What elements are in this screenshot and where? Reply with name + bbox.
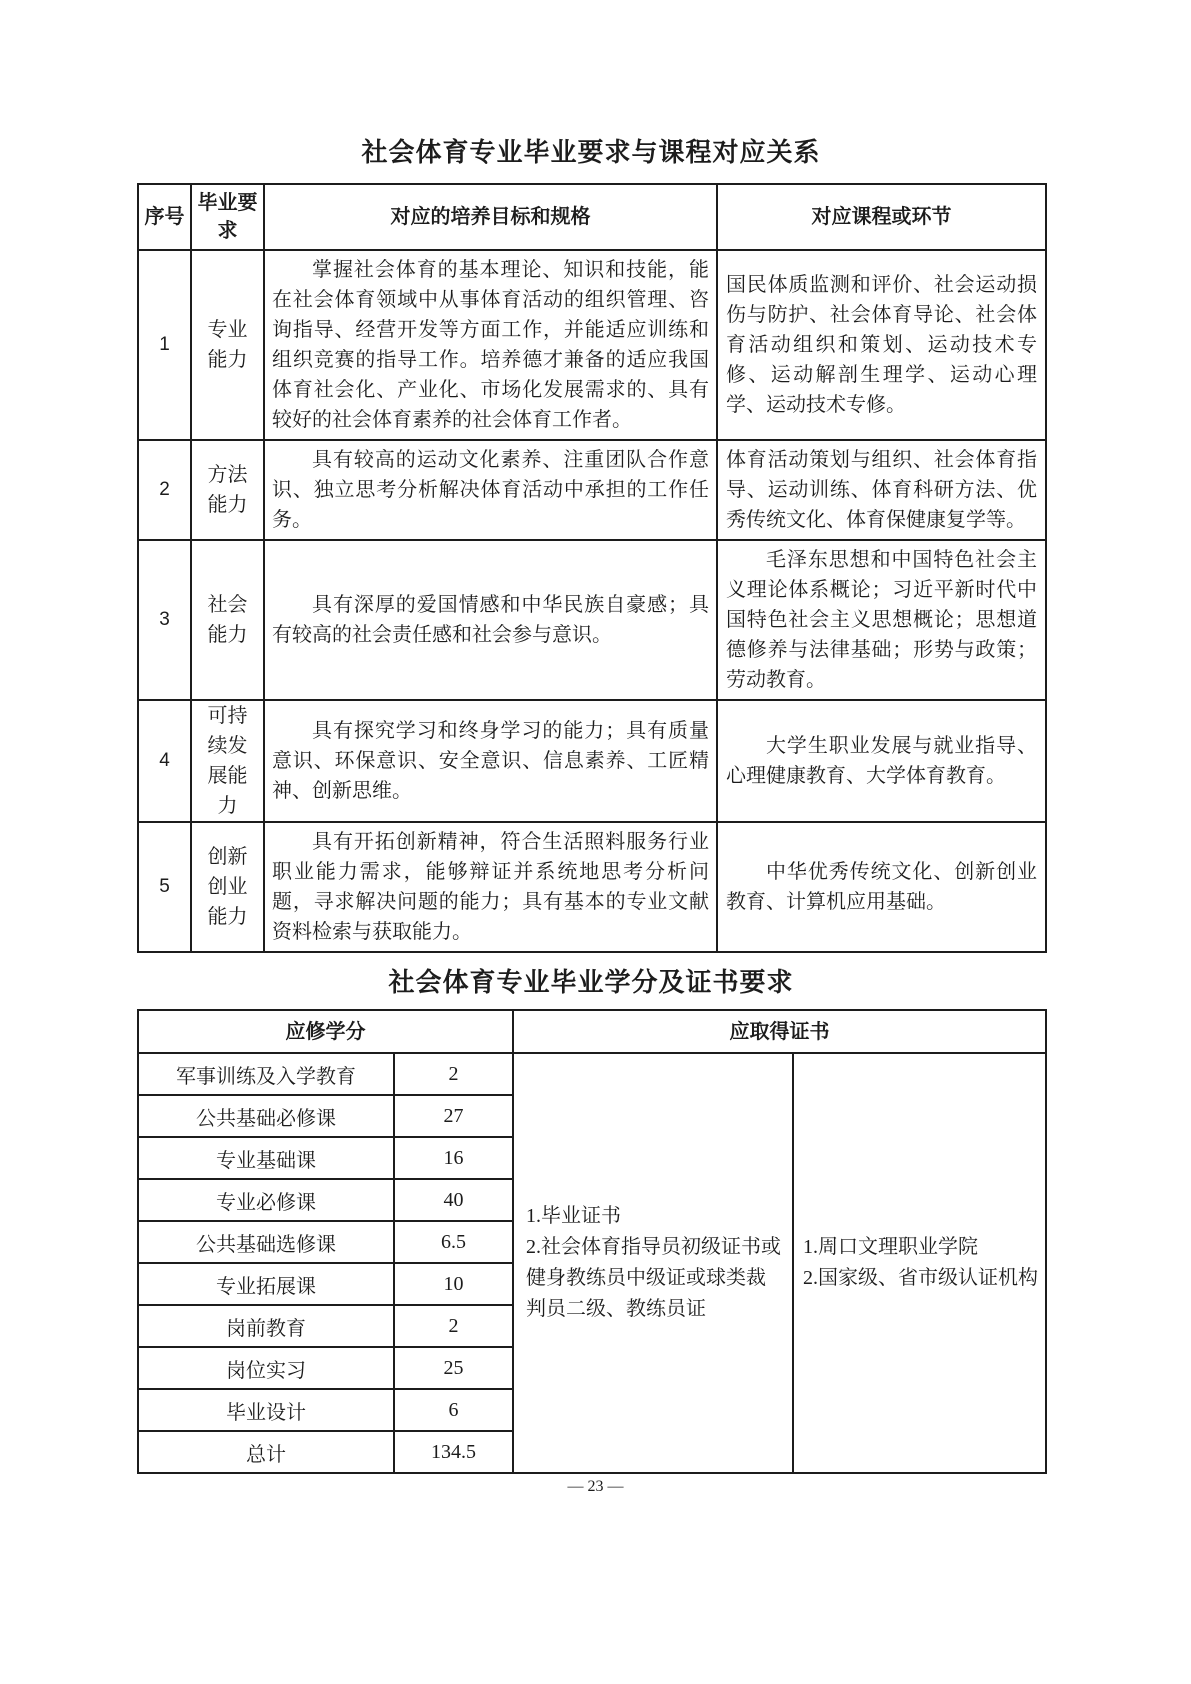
credits-cell: 25 — [394, 1347, 513, 1389]
credits-cell: 27 — [394, 1095, 513, 1137]
row-number-cell: 3 — [138, 540, 191, 700]
row-number-cell: 2 — [138, 440, 191, 540]
table2-title: 社会体育专业毕业学分及证书要求 — [137, 966, 1045, 1000]
header-certificates: 应取得证书 — [513, 1010, 1046, 1053]
table-row: 1 专业能力 掌握社会体育的基本理论、知识和技能，能在社会体育领域中从事体育活动… — [138, 250, 1046, 440]
certificates-cell: 1.毕业证书 2.社会体育指导员初级证书或健身教练员中级证或球类裁判员二级、教练… — [513, 1053, 793, 1473]
certificate-item: 1.毕业证书 — [526, 1201, 782, 1232]
table1-title: 社会体育专业毕业要求与课程对应关系 — [137, 136, 1045, 170]
objective-cell: 具有探究学习和终身学习的能力；具有质量意识、环保意识、安全意识、信息素养、工匠精… — [264, 700, 717, 822]
requirement-cell: 可持续发展能力 — [191, 700, 264, 822]
courses-cell: 体育活动策划与组织、社会体育指导、运动训练、体育科研方法、优秀传统文化、体育保健… — [717, 440, 1046, 540]
objective-cell: 具有开拓创新精神，符合生活照料服务行业职业能力需求，能够辩证并系统地思考分析问题… — [264, 822, 717, 952]
credits-cell: 2 — [394, 1053, 513, 1095]
header-no: 序号 — [138, 184, 191, 250]
issuers-cell: 1.周口文理职业学院 2.国家级、省市级认证机构 — [793, 1053, 1046, 1473]
objective-cell: 具有较高的运动文化素养、注重团队合作意识、独立思考分析解决体育活动中承担的工作任… — [264, 440, 717, 540]
table2-header-row: 应修学分 应取得证书 — [138, 1010, 1046, 1053]
courses-cell: 国民体质监测和评价、社会运动损伤与防护、社会体育导论、社会体育活动组织和策划、运… — [717, 250, 1046, 440]
credits-cell: 10 — [394, 1263, 513, 1305]
objective-cell: 具有深厚的爱国情感和中华民族自豪感；具有较高的社会责任感和社会参与意识。 — [264, 540, 717, 700]
table-row: 3 社会能力 具有深厚的爱国情感和中华民族自豪感；具有较高的社会责任感和社会参与… — [138, 540, 1046, 700]
table1-header-row: 序号 毕业要求 对应的培养目标和规格 对应课程或环节 — [138, 184, 1046, 250]
category-cell: 专业基础课 — [138, 1137, 394, 1179]
issuer-item: 2.国家级、省市级认证机构 — [803, 1263, 1039, 1294]
category-cell: 军事训练及入学教育 — [138, 1053, 394, 1095]
category-cell: 专业必修课 — [138, 1179, 394, 1221]
category-cell: 专业拓展课 — [138, 1263, 394, 1305]
category-cell: 公共基础必修课 — [138, 1095, 394, 1137]
header-required-credits: 应修学分 — [138, 1010, 513, 1053]
row-number-cell: 5 — [138, 822, 191, 952]
issuer-item: 1.周口文理职业学院 — [803, 1232, 1039, 1263]
table-row: 军事训练及入学教育 2 1.毕业证书 2.社会体育指导员初级证书或健身教练员中级… — [138, 1053, 1046, 1095]
table-row: 4 可持续发展能力 具有探究学习和终身学习的能力；具有质量意识、环保意识、安全意… — [138, 700, 1046, 822]
credits-cell: 6 — [394, 1389, 513, 1431]
page-content: 社会体育专业毕业要求与课程对应关系 序号 毕业要求 对应的培养目标和规格 对应课… — [137, 0, 1045, 1474]
courses-cell: 大学生职业发展与就业指导、心理健康教育、大学体育教育。 — [717, 700, 1046, 822]
page-number: — 23 — — [0, 1478, 1191, 1496]
graduation-requirements-table: 序号 毕业要求 对应的培养目标和规格 对应课程或环节 1 专业能力 掌握社会体育… — [137, 183, 1047, 953]
header-courses: 对应课程或环节 — [717, 184, 1046, 250]
header-requirement: 毕业要求 — [191, 184, 264, 250]
credits-cell: 6.5 — [394, 1221, 513, 1263]
category-cell: 岗位实习 — [138, 1347, 394, 1389]
row-number-cell: 4 — [138, 700, 191, 822]
credits-cell: 40 — [394, 1179, 513, 1221]
header-objective: 对应的培养目标和规格 — [264, 184, 717, 250]
requirement-cell: 创新创业能力 — [191, 822, 264, 952]
table-row: 5 创新创业能力 具有开拓创新精神，符合生活照料服务行业职业能力需求，能够辩证并… — [138, 822, 1046, 952]
courses-cell: 中华优秀传统文化、创新创业教育、计算机应用基础。 — [717, 822, 1046, 952]
row-number-cell: 1 — [138, 250, 191, 440]
category-cell: 毕业设计 — [138, 1389, 394, 1431]
objective-cell: 掌握社会体育的基本理论、知识和技能，能在社会体育领域中从事体育活动的组织管理、咨… — [264, 250, 717, 440]
requirement-cell: 方法能力 — [191, 440, 264, 540]
document-page: 社会体育专业毕业要求与课程对应关系 序号 毕业要求 对应的培养目标和规格 对应课… — [0, 0, 1191, 1684]
credits-cell: 2 — [394, 1305, 513, 1347]
courses-cell: 毛泽东思想和中国特色社会主义理论体系概论；习近平新时代中国特色社会主义思想概论；… — [717, 540, 1046, 700]
table-row: 2 方法能力 具有较高的运动文化素养、注重团队合作意识、独立思考分析解决体育活动… — [138, 440, 1046, 540]
category-cell: 公共基础选修课 — [138, 1221, 394, 1263]
category-cell: 岗前教育 — [138, 1305, 394, 1347]
requirement-cell: 专业能力 — [191, 250, 264, 440]
credits-cell: 16 — [394, 1137, 513, 1179]
requirement-cell: 社会能力 — [191, 540, 264, 700]
credits-cell: 134.5 — [394, 1431, 513, 1473]
certificate-item: 2.社会体育指导员初级证书或健身教练员中级证或球类裁判员二级、教练员证 — [526, 1232, 782, 1325]
credits-certificates-table: 应修学分 应取得证书 军事训练及入学教育 2 1.毕业证书 2.社会体育指导员初… — [137, 1009, 1047, 1474]
category-cell: 总计 — [138, 1431, 394, 1473]
